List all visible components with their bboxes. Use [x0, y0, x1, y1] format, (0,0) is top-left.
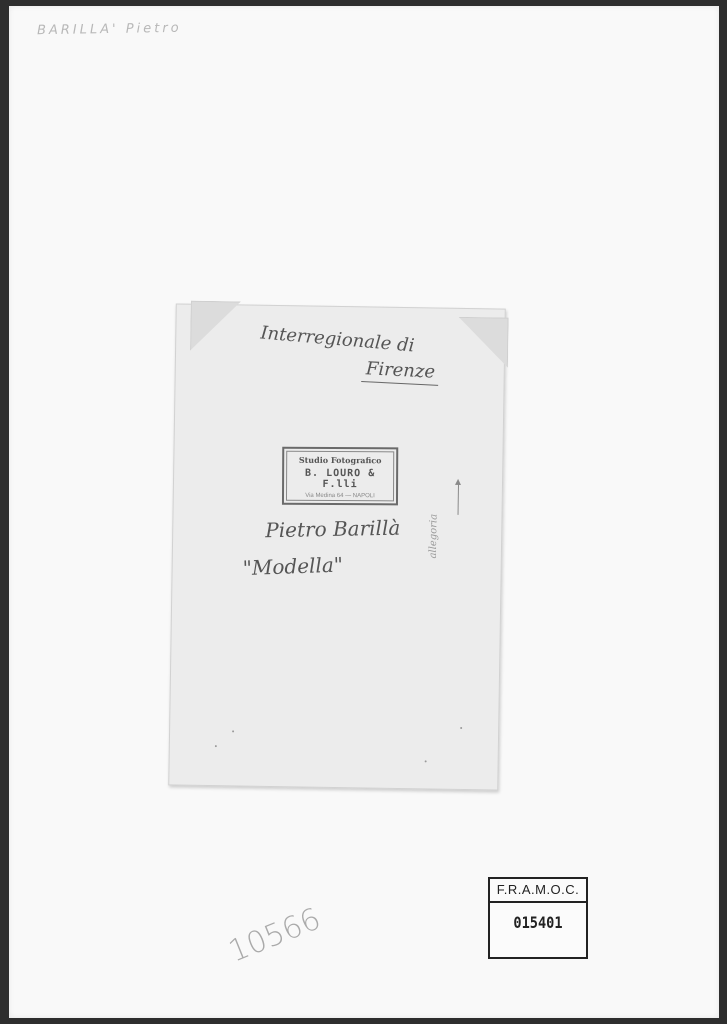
speck [232, 730, 234, 732]
photo-back: Interregionale di Firenze Studio Fotogra… [168, 303, 506, 790]
archive-label: F.R.A.M.O.C. 015401 [488, 877, 588, 959]
handwritten-city: Firenze [361, 358, 439, 386]
handwritten-title: "Modella" [242, 552, 343, 580]
scan-sheet: BARILLA' Pietro Interregionale di Firenz… [9, 6, 719, 1018]
archive-label-header: F.R.A.M.O.C. [490, 879, 586, 903]
speck [215, 745, 217, 747]
stamp-line-1: Studio Fotografico [284, 455, 396, 466]
speck [460, 727, 462, 729]
archive-label-number: 015401 [497, 913, 579, 932]
stamp-line-2: B. LOURO & F.lli [284, 468, 396, 491]
mount-corner-top-left [190, 301, 241, 352]
handwritten-name: Pietro Barillà [265, 516, 400, 543]
handwritten-interregionale: Interregionale di [260, 322, 416, 356]
mount-corner-top-right [458, 317, 509, 368]
studio-stamp: Studio Fotografico B. LOURO & F.lli Via … [282, 447, 398, 506]
speck [425, 760, 427, 762]
pencil-name-note: BARILLA' Pietro [37, 21, 182, 39]
handwritten-side-note: allegoria [428, 514, 440, 559]
arrow-up-icon [458, 481, 460, 515]
stamp-line-3: Via Medina 64 — NAPOLI [284, 493, 396, 500]
pencil-inventory-number: 10566 [224, 901, 326, 969]
